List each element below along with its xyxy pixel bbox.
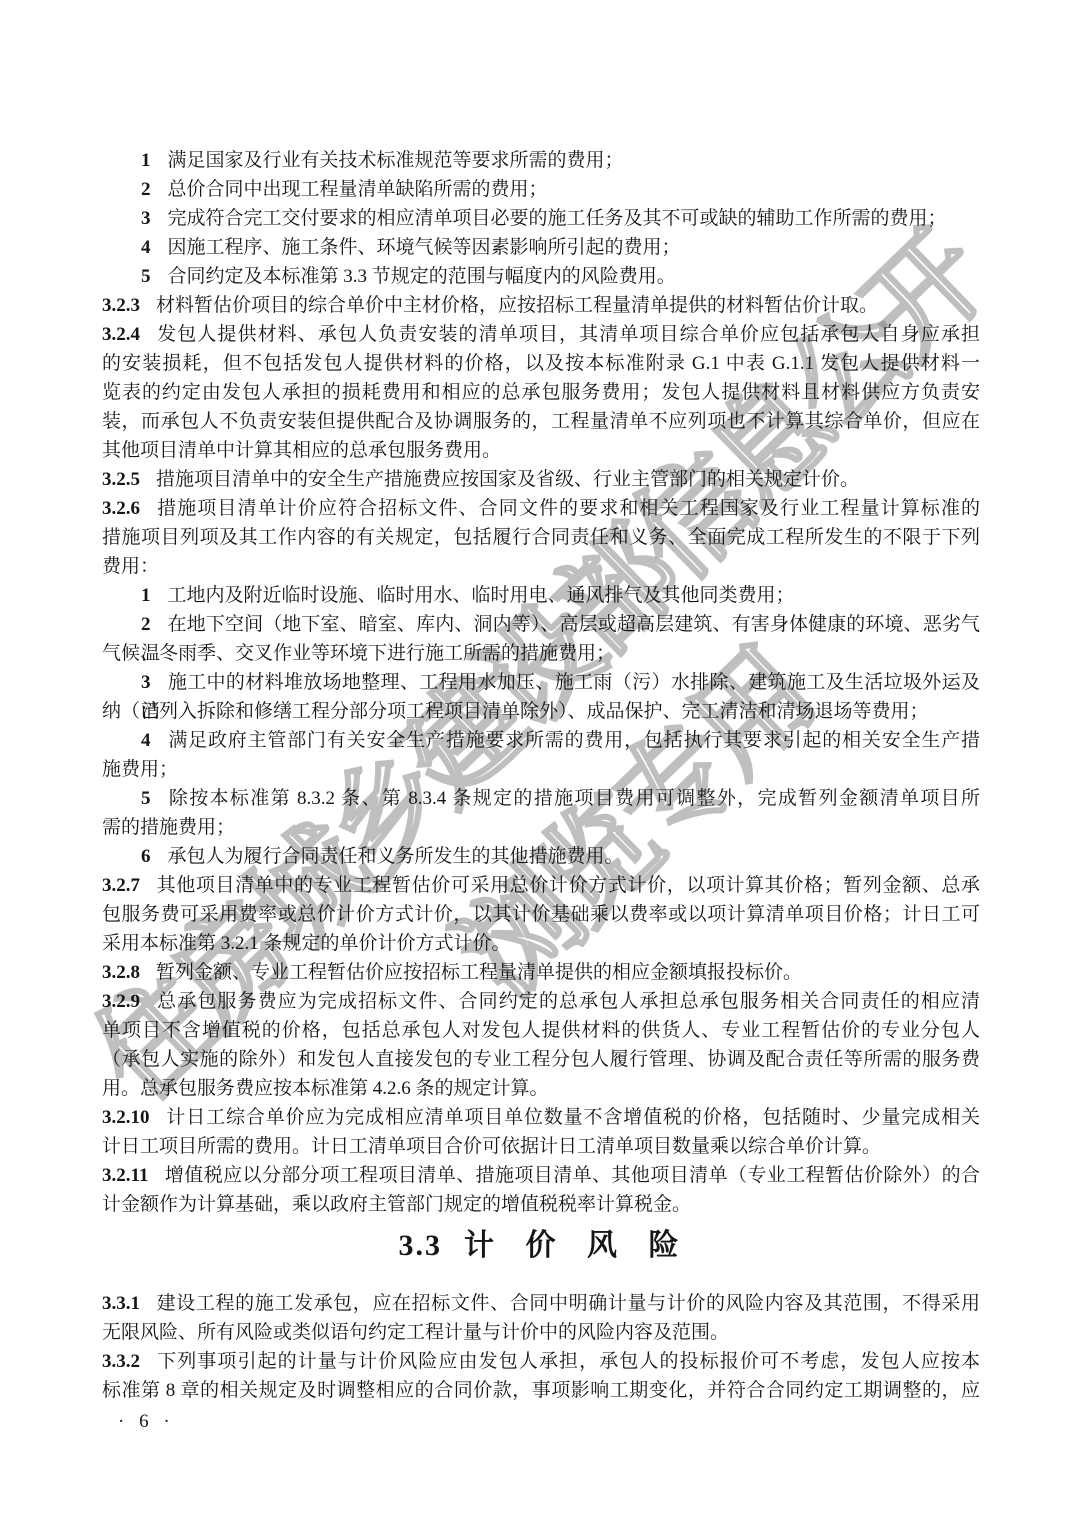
line-text: 装，而承包人不负责安装但提供配合及协调服务的，工程量清单不应列项也不计算其综合单…: [102, 411, 980, 432]
text-line: 3.2.8暂列金额、专业工程暂估价应按招标工程量清单提供的相应金额填报投标价。: [102, 958, 980, 987]
text-line: 3.2.7其他项目清单中的专业工程暂估价可采用总价计价方式计价，以项计算其价格；…: [102, 871, 980, 900]
line-text: 包服务费可采用费率或总价计价方式计价，以其计价基础乘以费率或以项计算清单项目价格…: [102, 904, 980, 925]
line-text: 施费用；: [102, 759, 178, 780]
document-page: 住房城乡建设部信息公开 浏览专用 1满足国家及行业有关技术标准规范等要求所需的费…: [0, 0, 1080, 1529]
line-text: 措施项目清单中的安全生产措施费应按国家及省级、行业主管部门的相关规定计价。: [156, 469, 859, 490]
line-number: 3.3.1: [102, 1293, 140, 1314]
text-line: 采用本标准第 3.2.1 条规定的单价计价方式计价。: [102, 929, 980, 958]
line-number: 3.2.5: [102, 469, 140, 490]
clause-block-upper: 1满足国家及行业有关技术标准规范等要求所需的费用；2总价合同中出现工程量清单缺陷…: [102, 146, 980, 1219]
line-number: 5: [141, 266, 151, 287]
text-line: 的安装损耗，但不包括发包人提供材料的价格，以及按本标准附录 G.1 中表 G.1…: [102, 349, 980, 378]
line-text: 暂列金额、专业工程暂估价应按招标工程量清单提供的相应金额填报投标价。: [156, 962, 802, 983]
line-text: 的安装损耗，但不包括发包人提供材料的价格，以及按本标准附录 G.1 中表 G.1…: [102, 353, 980, 374]
text-line: 1工地内及附近临时设施、临时用水、临时用电、通风排气及其他同类费用；: [102, 581, 980, 610]
text-line: 装，而承包人不负责安装但提供配合及协调服务的，工程量清单不应列项也不计算其综合单…: [102, 407, 980, 436]
line-text: 其他项目清单中计算其相应的总承包服务费用。: [102, 440, 501, 461]
line-text: 总价合同中出现工程量清单缺陷所需的费用；: [168, 179, 548, 200]
section-heading-number: 3.3: [399, 1229, 443, 1262]
line-number: 1: [141, 585, 151, 606]
line-number: 1: [141, 150, 151, 171]
line-text: 气候、冬雨季、交叉作业等环境下进行施工所需的措施费用；: [102, 643, 615, 664]
line-text: 发包人提供材料、承包人负责安装的清单项目，其清单项目综合单价应包括承包人自身应承…: [156, 324, 980, 345]
text-line: 3.2.10计日工综合单价应为完成相应清单项目单位数量不含增值税的价格，包括随时…: [102, 1103, 980, 1132]
text-line: 施费用；: [102, 755, 980, 784]
line-number: 3.2.8: [102, 962, 140, 983]
text-line: 览表的约定由发包人承担的损耗费用和相应的总承包服务费用；发包人提供材料且材料供应…: [102, 378, 980, 407]
text-line: 计金额作为计算基础，乘以政府主管部门规定的增值税税率计算税金。: [102, 1190, 980, 1219]
text-line: 标准第 8 章的相关规定及时调整相应的合同价款，事项影响工期变化，并符合合同约定…: [102, 1376, 980, 1405]
line-text: 需的措施费用；: [102, 817, 235, 838]
line-text: 览表的约定由发包人承担的损耗费用和相应的总承包服务费用；发包人提供材料且材料供应…: [102, 382, 980, 403]
line-text: 增值税应以分部分项工程项目清单、措施项目清单、其他项目清单（专业工程暂估价除外）…: [164, 1165, 980, 1186]
text-line: 3完成符合完工交付要求的相应清单项目必要的施工任务及其不可或缺的辅助工作所需的费…: [102, 204, 980, 233]
line-number: 2: [141, 179, 151, 200]
line-number: 3.2.3: [102, 295, 140, 316]
text-line: 3.2.9总承包服务费应为完成招标文件、合同约定的总承包人承担总承包服务相关合同…: [102, 987, 980, 1016]
text-line: 气候、冬雨季、交叉作业等环境下进行施工所需的措施费用；: [102, 639, 980, 668]
text-line: 单项目不含增值税的价格，包括总承包人对发包人提供材料的供货人、专业工程暂估价的专…: [102, 1016, 980, 1045]
text-line: 3.3.2下列事项引起的计量与计价风险应由发包人承担，承包人的投标报价可不考虑，…: [102, 1347, 980, 1376]
line-number: 3.2.7: [102, 875, 140, 896]
line-text: 用。总承包服务费应按本标准第 4.2.6 条的规定计算。: [102, 1078, 549, 1099]
text-line: 4满足政府主管部门有关安全生产措施要求所需的费用，包括执行其要求引起的相关安全生…: [102, 726, 980, 755]
text-line: 5除按本标准第 8.3.2 条、第 8.3.4 条规定的措施项目费用可调整外，完…: [102, 784, 980, 813]
line-text: 计日工项目所需的费用。计日工清单项目合价可依据计日工清单项目数量乘以综合单价计算…: [102, 1136, 881, 1157]
line-text: 措施项目清单计价应符合招标文件、合同文件的要求和相关工程国家及行业工程量计算标准…: [156, 498, 980, 519]
text-line: 4因施工程序、施工条件、环境气候等因素影响所引起的费用；: [102, 233, 980, 262]
line-number: 3.3.2: [102, 1351, 140, 1372]
line-number: 3.2.9: [102, 991, 140, 1012]
text-line: 2总价合同中出现工程量清单缺陷所需的费用；: [102, 175, 980, 204]
line-text: 单项目不含增值税的价格，包括总承包人对发包人提供材料的供货人、专业工程暂估价的专…: [102, 1020, 980, 1041]
line-text: 无限风险、所有风险或类似语句约定工程计量与计价中的风险内容及范围。: [102, 1322, 729, 1343]
line-number: 6: [141, 846, 151, 867]
line-text: 计金额作为计算基础，乘以政府主管部门规定的增值税税率计算税金。: [102, 1194, 691, 1215]
text-line: 1满足国家及行业有关技术标准规范等要求所需的费用；: [102, 146, 980, 175]
text-line: 3.3.1建设工程的施工发承包，应在招标文件、合同中明确计量与计价的风险内容及其…: [102, 1289, 980, 1318]
line-text: 材料暂估价项目的综合单价中主材价格，应按招标工程量清单提供的材料暂估价计取。: [156, 295, 878, 316]
text-line: 措施项目列项及其工作内容的有关规定，包括履行合同责任和义务、全面完成工程所发生的…: [102, 523, 980, 552]
text-line: 纳（已列入拆除和修缮工程分部分项工程项目清单除外）、成品保护、完工清洁和清场退场…: [102, 697, 980, 726]
text-line: 3.2.5措施项目清单中的安全生产措施费应按国家及省级、行业主管部门的相关规定计…: [102, 465, 980, 494]
line-text: 满足政府主管部门有关安全生产措施要求所需的费用，包括执行其要求引起的相关安全生产…: [168, 730, 981, 751]
clause-block-lower: 3.3.1建设工程的施工发承包，应在招标文件、合同中明确计量与计价的风险内容及其…: [102, 1289, 980, 1405]
page-number: · 6 ·: [118, 1407, 175, 1436]
line-number: 4: [141, 237, 151, 258]
line-text: 合同约定及本标准第 3.3 节规定的范围与幅度内的风险费用。: [168, 266, 676, 287]
text-line: 3.2.6措施项目清单计价应符合招标文件、合同文件的要求和相关工程国家及行业工程…: [102, 494, 980, 523]
line-text: 计日工综合单价应为完成相应清单项目单位数量不含增值税的价格，包括随时、少量完成相…: [166, 1107, 981, 1128]
text-line: 3施工中的材料堆放场地整理、工程用水加压、施工雨（污）水排除、建筑施工及生活垃圾…: [102, 668, 980, 697]
line-number: 3: [141, 208, 151, 229]
line-text: 其他项目清单中的专业工程暂估价可采用总价计价方式计价，以项计算其价格；暂列金额、…: [156, 875, 980, 896]
line-number: 3.2.4: [102, 324, 140, 345]
line-text: 纳（已列入拆除和修缮工程分部分项工程项目清单除外）、成品保护、完工清洁和清场退场…: [102, 701, 929, 722]
document-body: 1满足国家及行业有关技术标准规范等要求所需的费用；2总价合同中出现工程量清单缺陷…: [102, 146, 980, 1405]
text-line: 需的措施费用；: [102, 813, 980, 842]
line-text: （承包人实施的除外）和发包人直接发包的专业工程分包人履行管理、协调及配合责任等所…: [102, 1049, 980, 1070]
text-line: 3.2.3材料暂估价项目的综合单价中主材价格，应按招标工程量清单提供的材料暂估价…: [102, 291, 980, 320]
line-number: 3.2.6: [102, 498, 140, 519]
text-line: 用。总承包服务费应按本标准第 4.2.6 条的规定计算。: [102, 1074, 980, 1103]
section-heading: 3.3计 价 风 险: [102, 1227, 980, 1265]
text-line: 2在地下空间（地下室、暗室、库内、洞内等）、高层或超高层建筑、有害身体健康的环境…: [102, 610, 980, 639]
line-text: 承包人为履行合同责任和义务所发生的其他措施费用。: [168, 846, 624, 867]
text-line: 无限风险、所有风险或类似语句约定工程计量与计价中的风险内容及范围。: [102, 1318, 980, 1347]
line-number: 3: [141, 672, 151, 693]
section-heading-title: 计 价 风 险: [464, 1229, 684, 1262]
text-line: 6承包人为履行合同责任和义务所发生的其他措施费用。: [102, 842, 980, 871]
line-number: 2: [141, 614, 151, 635]
line-text: 总承包服务费应为完成招标文件、合同约定的总承包人承担总承包服务相关合同责任的相应…: [156, 991, 980, 1012]
line-text: 满足国家及行业有关技术标准规范等要求所需的费用；: [168, 150, 624, 171]
text-line: 包服务费可采用费率或总价计价方式计价，以其计价基础乘以费率或以项计算清单项目价格…: [102, 900, 980, 929]
line-text: 因施工程序、施工条件、环境气候等因素影响所引起的费用；: [168, 237, 681, 258]
text-line: （承包人实施的除外）和发包人直接发包的专业工程分包人履行管理、协调及配合责任等所…: [102, 1045, 980, 1074]
text-line: 其他项目清单中计算其相应的总承包服务费用。: [102, 436, 980, 465]
text-line: 3.2.11增值税应以分部分项工程项目清单、措施项目清单、其他项目清单（专业工程…: [102, 1161, 980, 1190]
text-line: 费用：: [102, 552, 980, 581]
line-text: 建设工程的施工发承包，应在招标文件、合同中明确计量与计价的风险内容及其范围，不得…: [156, 1293, 980, 1314]
line-text: 措施项目列项及其工作内容的有关规定，包括履行合同责任和义务、全面完成工程所发生的…: [102, 527, 980, 548]
line-text: 标准第 8 章的相关规定及时调整相应的合同价款，事项影响工期变化，并符合合同约定…: [102, 1380, 980, 1401]
line-text: 工地内及附近临时设施、临时用水、临时用电、通风排气及其他同类费用；: [168, 585, 795, 606]
text-line: 3.2.4发包人提供材料、承包人负责安装的清单项目，其清单项目综合单价应包括承包…: [102, 320, 980, 349]
text-line: 计日工项目所需的费用。计日工清单项目合价可依据计日工清单项目数量乘以综合单价计算…: [102, 1132, 980, 1161]
line-text: 完成符合完工交付要求的相应清单项目必要的施工任务及其不可或缺的辅助工作所需的费用…: [168, 208, 947, 229]
line-text: 费用：: [102, 556, 159, 577]
line-number: 4: [141, 730, 151, 751]
line-number: 3.2.10: [102, 1107, 150, 1128]
line-number: 3.2.11: [102, 1165, 148, 1186]
line-number: 5: [141, 788, 151, 809]
line-text: 下列事项引起的计量与计价风险应由发包人承担，承包人的投标报价可不考虑，发包人应按…: [156, 1351, 980, 1372]
text-line: 5合同约定及本标准第 3.3 节规定的范围与幅度内的风险费用。: [102, 262, 980, 291]
line-text: 除按本标准第 8.3.2 条、第 8.3.4 条规定的措施项目费用可调整外，完成…: [168, 788, 981, 809]
line-text: 采用本标准第 3.2.1 条规定的单价计价方式计价。: [102, 933, 511, 954]
